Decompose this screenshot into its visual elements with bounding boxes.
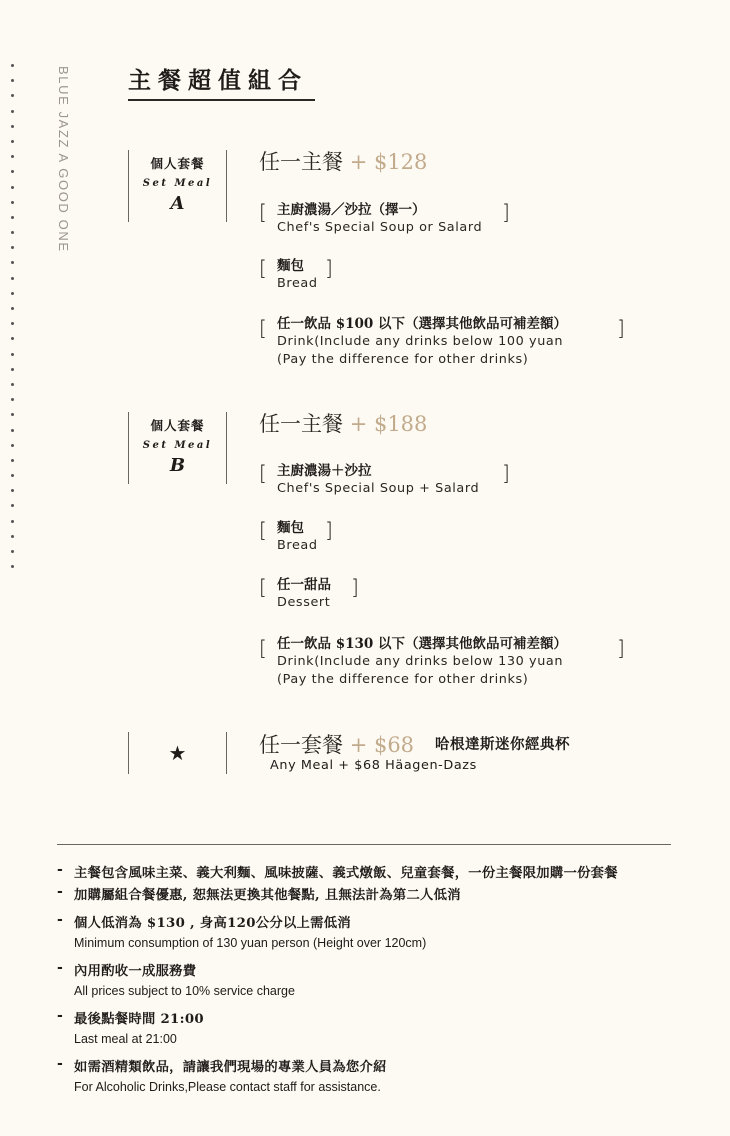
dot-decoration (11, 444, 14, 447)
item-en: Dessert (277, 595, 330, 610)
dot-decoration (11, 125, 14, 128)
item-en: Chef's Special Soup + Salard (277, 481, 479, 496)
addon-haagen-en: Any Meal + $68 Häagen-Dazs (270, 758, 477, 773)
item-zh: 任一飲品 $100 以下（選擇其他飲品可補差額） (277, 312, 567, 332)
bracket-left: [ (259, 256, 267, 280)
note-zh: 加購屬組合餐優惠, 恕無法更換其他餐點, 且無法計為第二人低消 (74, 884, 461, 903)
bracket-left: [ (259, 316, 267, 340)
item-en: Drink(Include any drinks below 100 yuan (277, 334, 563, 349)
dot-decoration (11, 535, 14, 538)
bracket-right: ] (351, 575, 359, 599)
bracket-right: ] (325, 518, 333, 542)
dash-bullet: - (57, 862, 63, 878)
dot-decoration (11, 520, 14, 523)
set-b-label-box: 個人套餐 Set Meal B (128, 412, 227, 484)
bracket-left: [ (259, 461, 267, 485)
addon-star-box: ★ (128, 732, 227, 774)
note-zh: 主餐包含風味主菜、義大利麵、風味披薩、義式燉飯、兒童套餐，一份主餐限加購一份套餐 (74, 862, 618, 881)
brand-vertical-text: BLUE JAZZ A GOOD ONE (56, 66, 71, 253)
dot-decoration (11, 170, 14, 173)
dotted-border (11, 64, 17, 580)
note-zh: 最後點餐時間 21:00 (74, 1008, 204, 1027)
dash-bullet: - (57, 960, 63, 976)
note-zh: 內用酌收一成服務費 (74, 960, 196, 979)
bracket-right: ] (617, 316, 625, 340)
dot-decoration (11, 110, 14, 113)
dot-decoration (11, 474, 14, 477)
dot-decoration (11, 155, 14, 158)
dot-decoration (11, 94, 14, 97)
item-en: (Pay the difference for other drinks) (277, 672, 528, 687)
page-title: 主餐超值組合 (128, 62, 308, 95)
set-b-en: Set Meal (129, 440, 226, 451)
dot-decoration (11, 201, 14, 204)
item-en: Chef's Special Soup or Salard (277, 220, 482, 235)
dot-decoration (11, 246, 14, 249)
set-b-heading: 任一主餐 + $188 (259, 408, 427, 438)
dot-decoration (11, 307, 14, 310)
dot-decoration (11, 413, 14, 416)
addon-price: + $68 (350, 733, 414, 757)
set-a-en: Set Meal (129, 178, 226, 189)
bracket-right: ] (502, 200, 510, 224)
item-en: (Pay the difference for other drinks) (277, 352, 528, 367)
item-zh: 麵包 (277, 516, 304, 536)
note-zh: 如需酒精類飲品，請讓我們現場的專業人員為您介紹 (74, 1056, 387, 1075)
note-en: All prices subject to 10% service charge (74, 984, 295, 998)
dot-decoration (11, 277, 14, 280)
dot-decoration (11, 504, 14, 507)
dot-decoration (11, 353, 14, 356)
set-b-price: + $188 (350, 412, 428, 436)
bracket-left: [ (259, 518, 267, 542)
item-zh: 任一甜品 (277, 573, 331, 593)
title-underline (128, 99, 315, 101)
notes-divider (57, 844, 671, 845)
dot-decoration (11, 261, 14, 264)
set-b-heading-text: 任一主餐 (259, 412, 343, 436)
dot-decoration (11, 216, 14, 219)
dot-decoration (11, 383, 14, 386)
addon-heading-text: 任一套餐 (259, 733, 343, 757)
item-en: Bread (277, 538, 318, 553)
dot-decoration (11, 489, 14, 492)
item-zh: 主廚濃湯／沙拉（擇一） (277, 198, 426, 218)
item-zh: 麵包 (277, 254, 304, 274)
addon-haagen-zh: 哈根達斯迷你經典杯 (435, 733, 570, 754)
set-a-heading: 任一主餐 + $128 (259, 146, 427, 176)
dash-bullet: - (57, 912, 63, 928)
dot-decoration (11, 429, 14, 432)
dot-decoration (11, 186, 14, 189)
set-a-label-box: 個人套餐 Set Meal A (128, 150, 227, 222)
dash-bullet: - (57, 1008, 63, 1024)
item-en: Drink(Include any drinks below 130 yuan (277, 654, 563, 669)
dash-bullet: - (57, 884, 63, 900)
dot-decoration (11, 459, 14, 462)
set-b-letter: B (129, 455, 226, 476)
note-zh: 個人低消為 $130 , 身高120公分以上需低消 (74, 912, 351, 931)
item-zh: 主廚濃湯＋沙拉 (277, 459, 372, 479)
dot-decoration (11, 322, 14, 325)
star-icon: ★ (169, 741, 187, 765)
bracket-left: [ (259, 636, 267, 660)
bracket-right: ] (502, 461, 510, 485)
dot-decoration (11, 368, 14, 371)
set-a-letter: A (129, 193, 226, 214)
dot-decoration (11, 337, 14, 340)
set-b-zh: 個人套餐 (129, 416, 226, 434)
note-en: Minimum consumption of 130 yuan person (… (74, 936, 426, 950)
dash-bullet: - (57, 1056, 63, 1072)
dot-decoration (11, 79, 14, 82)
set-a-zh: 個人套餐 (129, 154, 226, 172)
dot-decoration (11, 140, 14, 143)
set-a-price: + $128 (350, 150, 428, 174)
dot-decoration (11, 398, 14, 401)
dot-decoration (11, 64, 14, 67)
dot-decoration (11, 292, 14, 295)
dot-decoration (11, 550, 14, 553)
note-en: Last meal at 21:00 (74, 1032, 177, 1046)
dot-decoration (11, 565, 14, 568)
item-zh: 任一飲品 $130 以下（選擇其他飲品可補差額） (277, 632, 567, 652)
bracket-left: [ (259, 575, 267, 599)
item-en: Bread (277, 276, 318, 291)
note-en: For Alcoholic Drinks,Please contact staf… (74, 1080, 381, 1094)
set-a-heading-text: 任一主餐 (259, 150, 343, 174)
bracket-right: ] (325, 256, 333, 280)
bracket-left: [ (259, 200, 267, 224)
addon-heading: 任一套餐 + $68 (259, 729, 414, 759)
bracket-right: ] (617, 636, 625, 660)
dot-decoration (11, 231, 14, 234)
